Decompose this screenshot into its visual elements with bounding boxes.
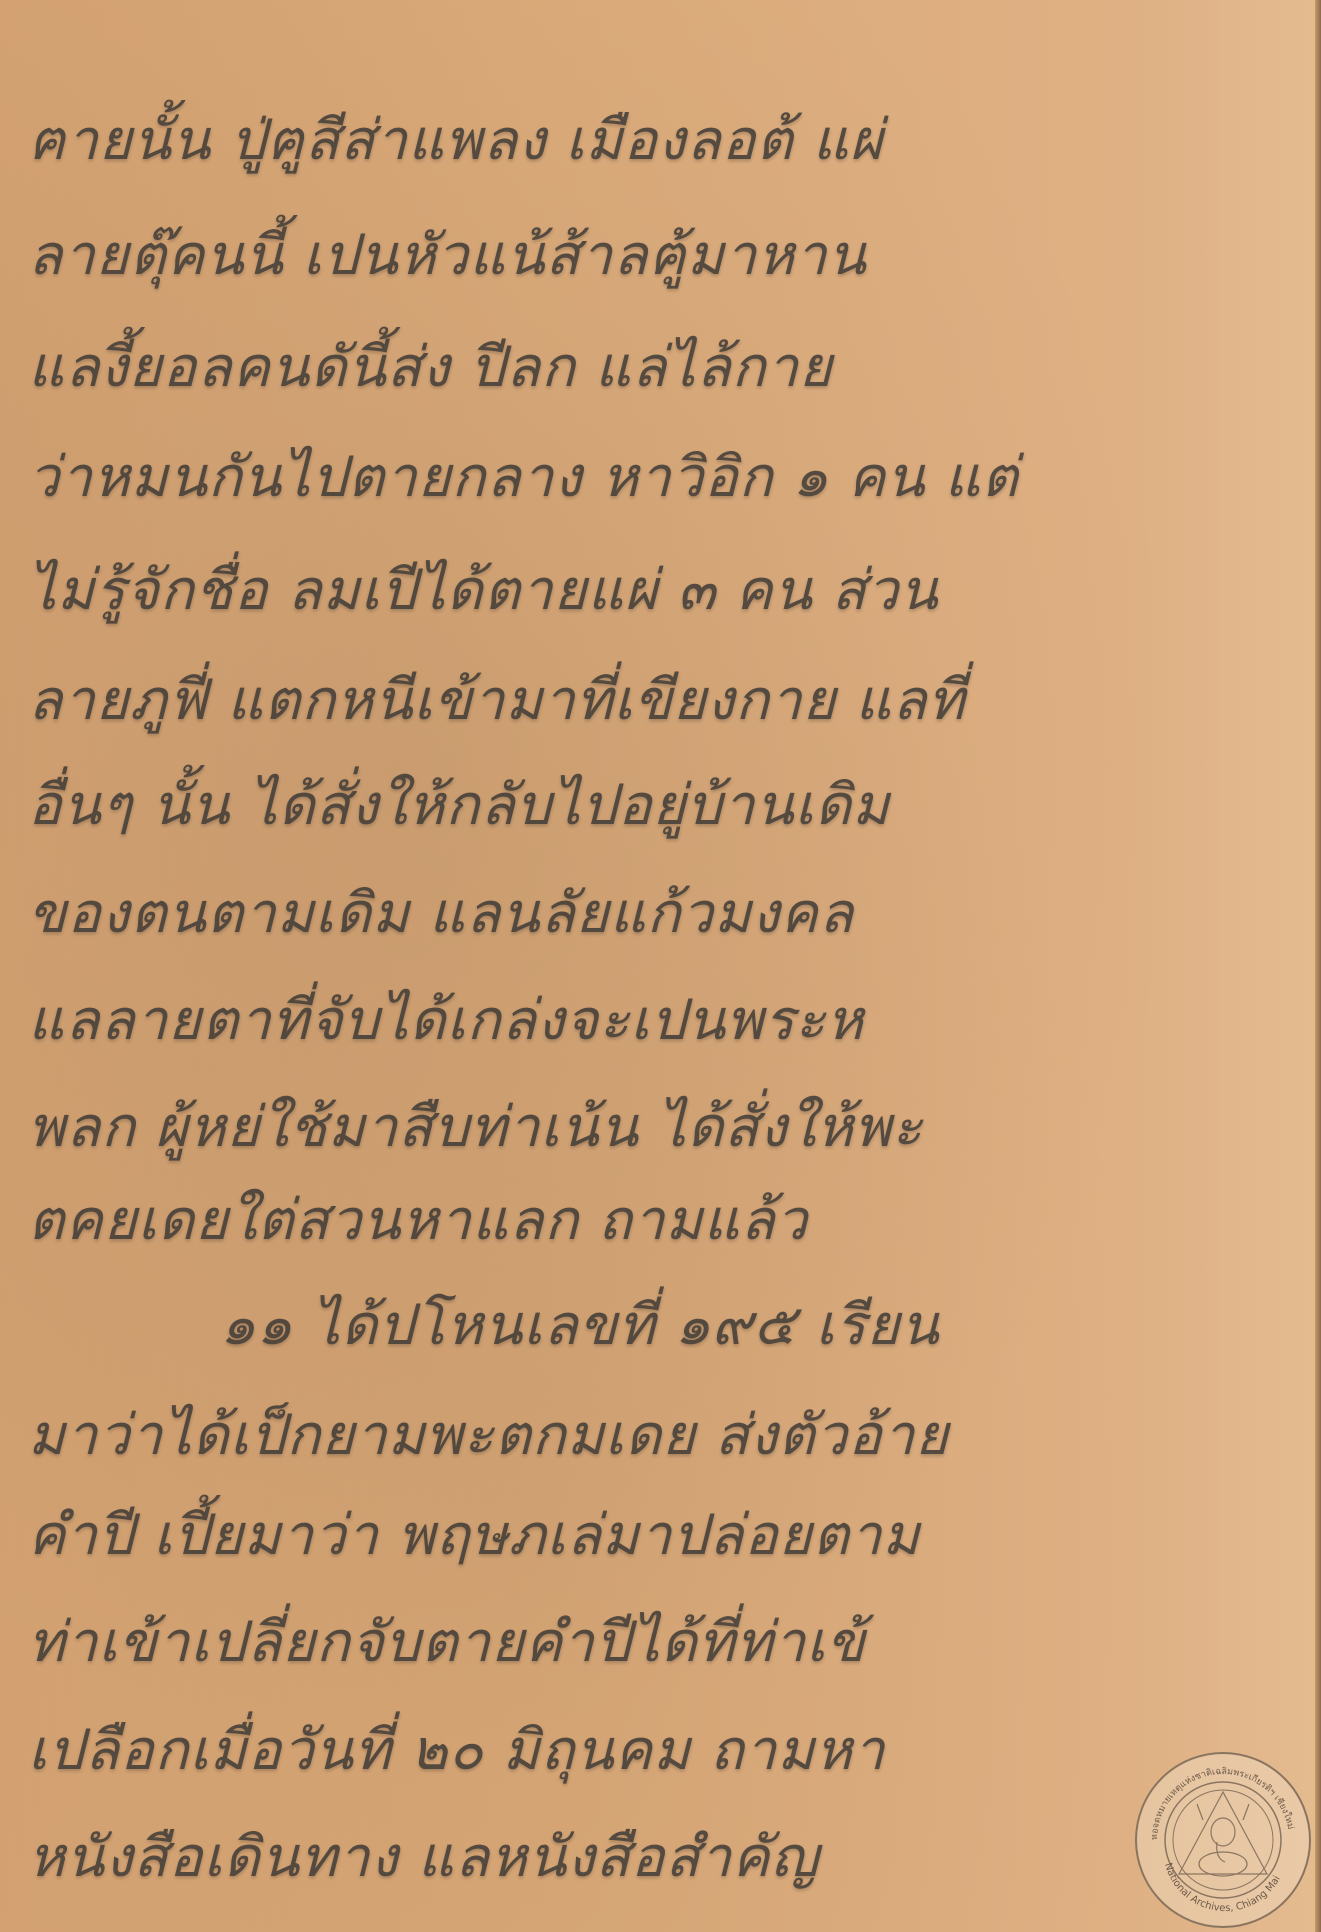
manuscript-line: ฅายนั้น ปู่ฅูสีส่าแพลง เมืองลอต้ แผ่ <box>28 95 883 184</box>
archive-stamp: หอจดหมายเหตุแห่งชาติเฉลิมพระเกียรติฯ เชี… <box>1135 1752 1311 1928</box>
manuscript-line: ตคยเดยใต่สวนหาแลก ถามแล้ว <box>28 1175 808 1264</box>
manuscript-line: ว่าหมนกันไปตายกลาง หาวิอิก ๑ คน แต่ <box>28 432 1019 521</box>
manuscript-line: แลลายตาที่จับได้เกล่งจะเปนพระห <box>28 975 864 1064</box>
manuscript-line: ๑๑ ได้ปโหนเลขที่ ๑๙๕ เรียน <box>220 1280 940 1369</box>
manuscript-line: ของตนตามเดิม แลนลัยแก้วมงคล <box>28 868 854 957</box>
stamp-thai-text: หอจดหมายเหตุแห่งชาติเฉลิมพระเกียรติฯ เชี… <box>1150 1766 1295 1840</box>
manuscript-line: อื่นๆ นั้น ได้สั่งให้กลับไปอยู่บ้านเดิม <box>28 760 890 849</box>
manuscript-line: ท่าเข้าเปลี่ยกจับตายคำปีได้ที่ท่าเข้ <box>28 1597 866 1686</box>
manuscript-line: ลายตุ๊คนนี้ เปนหัวแน้ส้าลฅู้มาหาน <box>28 210 867 299</box>
manuscript-line: หนังสือเดินทาง แลหนังสือสำคัญ <box>28 1812 819 1901</box>
page-edge <box>1315 0 1321 1932</box>
manuscript-line: มาว่าได้เป็กยามพะตกมเดย ส่งตัวอ้าย <box>28 1390 949 1479</box>
ganesha-seal-icon: หอจดหมายเหตุแห่งชาติเฉลิมพระเกียรติฯ เชี… <box>1137 1754 1309 1926</box>
manuscript-line: พลก ผู้หย่ใช้มาสืบท่าเน้น ได้สั่งให้พะ <box>28 1082 923 1171</box>
manuscript-line: แลงี้ยอลคนดันี้ส่ง ปีลก แล่ไล้กาย <box>28 322 833 411</box>
manuscript-page: ฅายนั้น ปู่ฅูสีส่าแพลง เมืองลอต้ แผ่ ลาย… <box>0 0 1321 1932</box>
svg-text:หอจดหมายเหตุแห่งชาติเฉลิมพระเก: หอจดหมายเหตุแห่งชาติเฉลิมพระเกียรติฯ เชี… <box>1150 1766 1295 1840</box>
manuscript-line: ลายภูฟี่ แตกหนีเข้ามาที่เขียงกาย แลที่ <box>28 655 966 744</box>
manuscript-line: เปลือกเมื่อวันที่ ๒๐ มิถุนคม ถามหา <box>28 1705 885 1794</box>
manuscript-line: คำปี เปี้ยมาว่า พฤษภเล่มาปล่อยตาม <box>28 1490 920 1579</box>
manuscript-line: ไม่รู้จักชื่อ ลมเปีได้ตายแผ่ ๓ คน ส่วน <box>28 545 939 634</box>
